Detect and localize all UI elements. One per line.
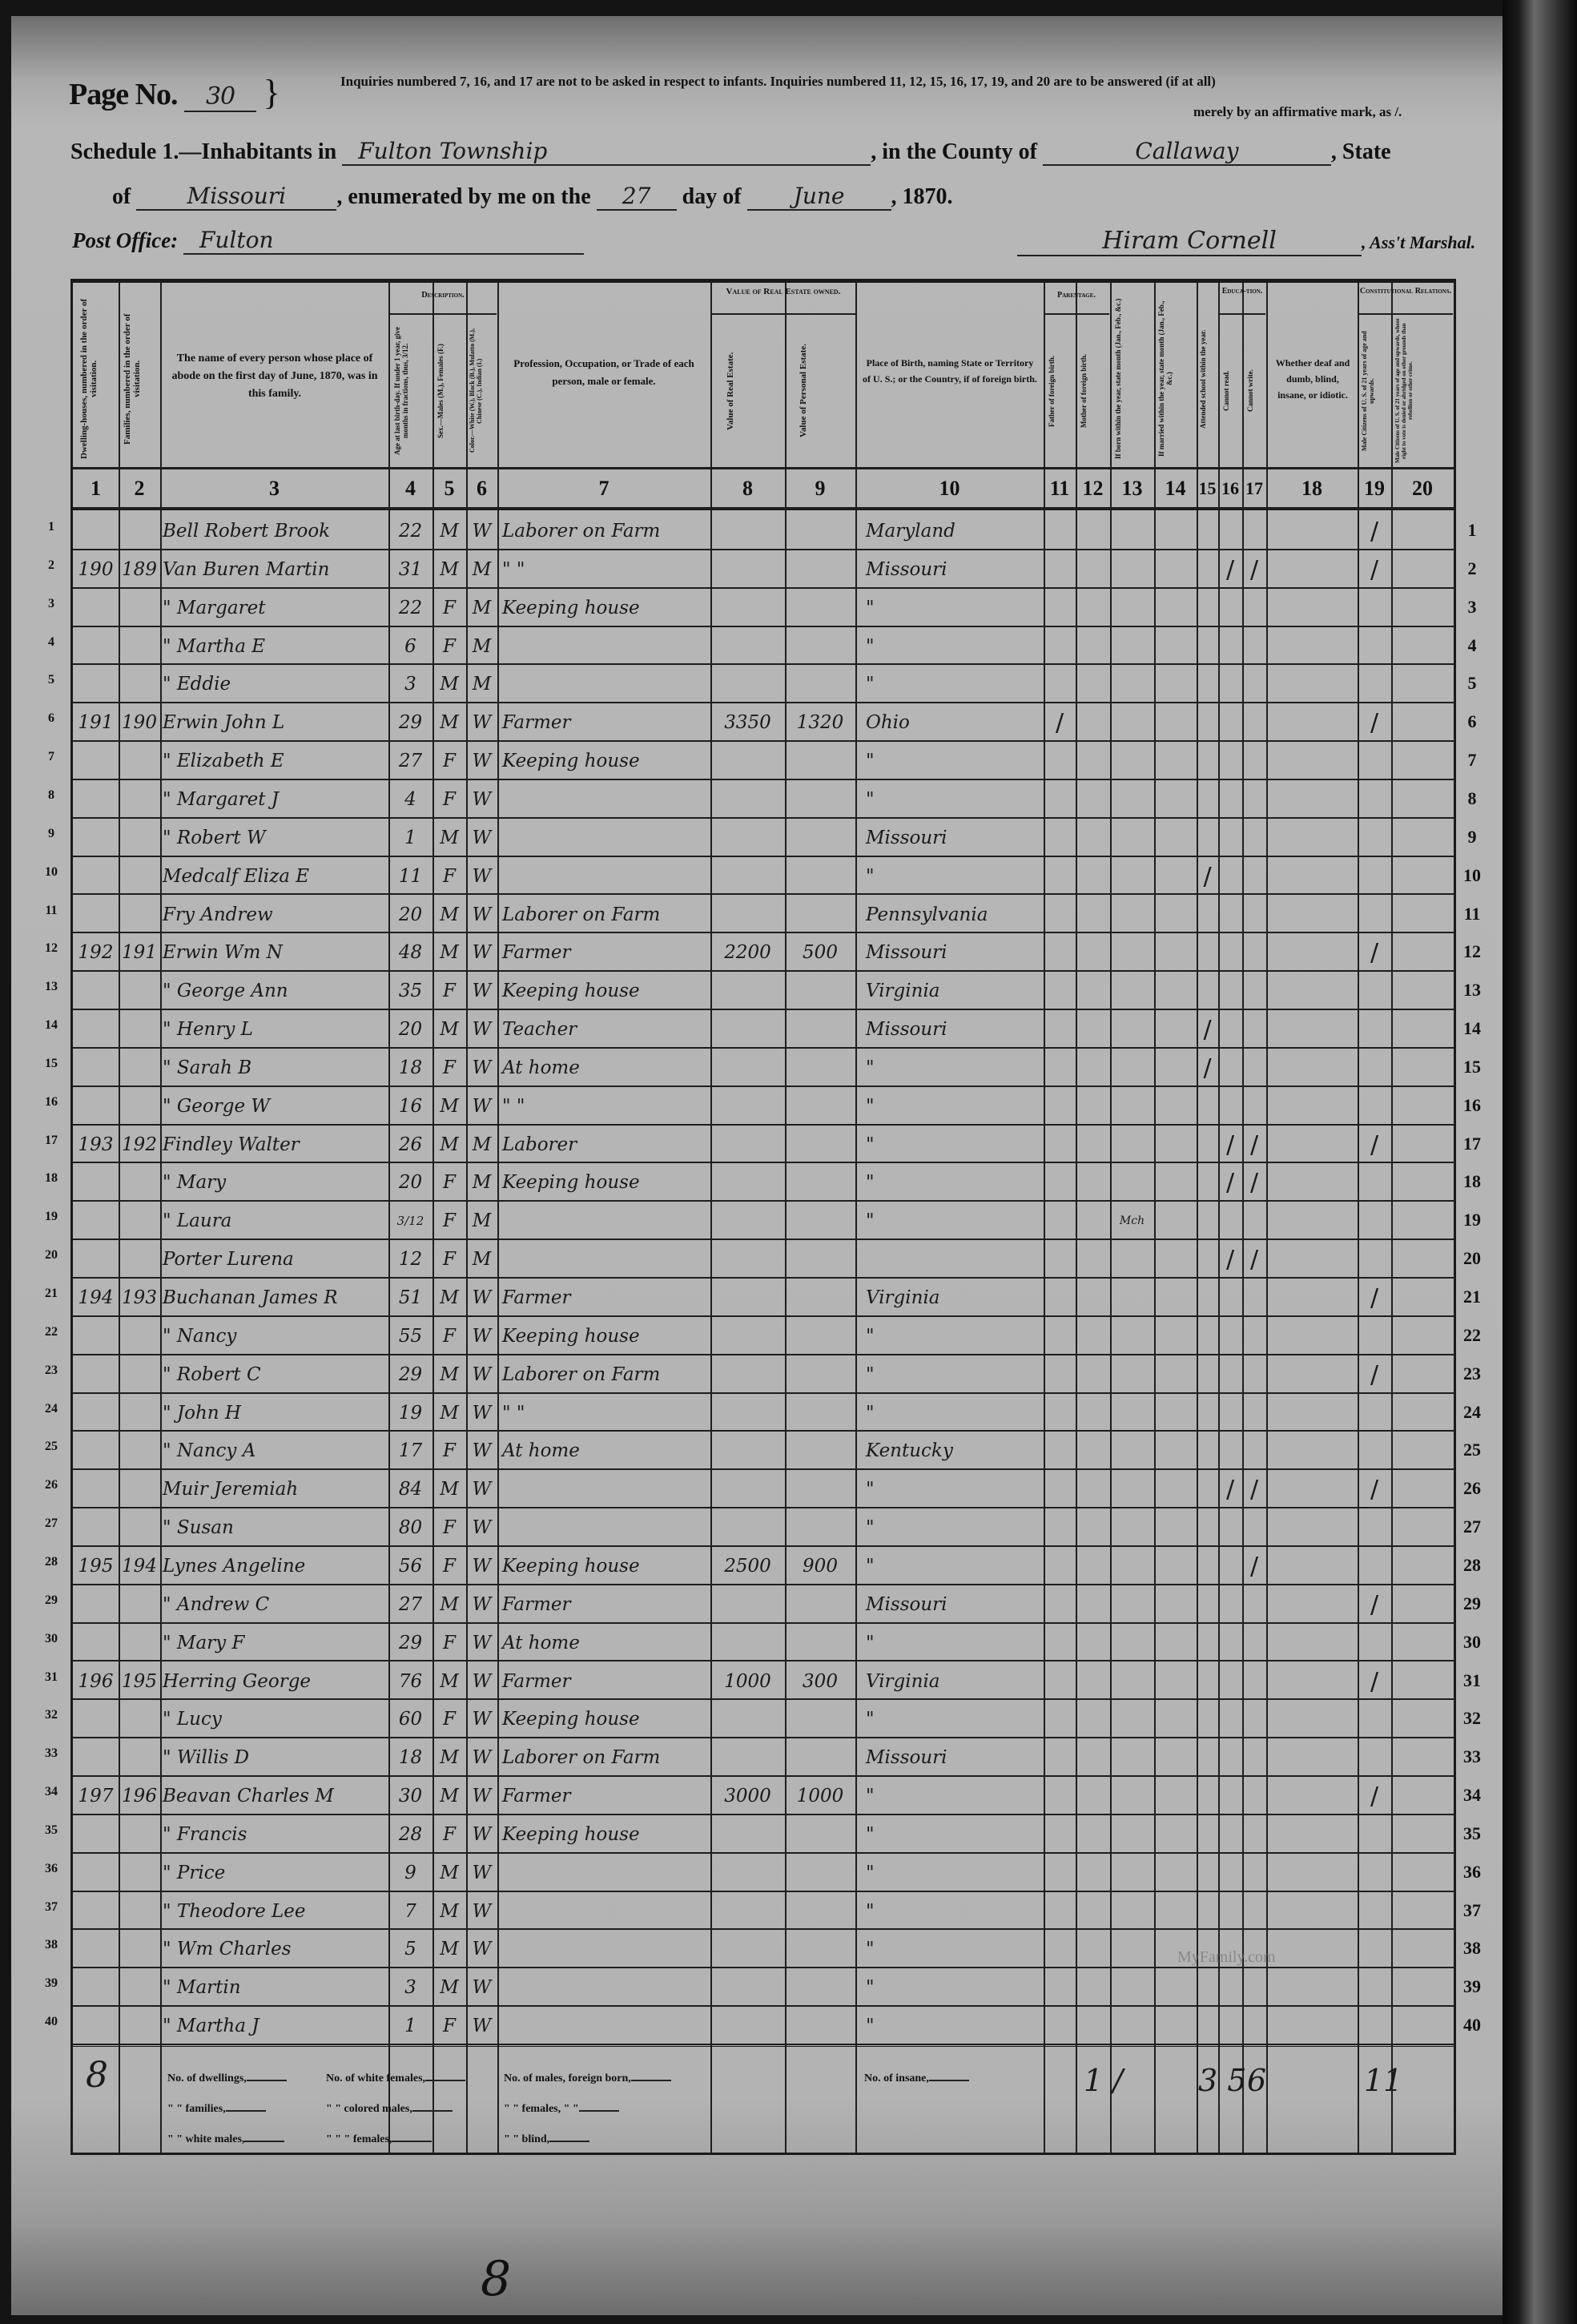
cell-c13 xyxy=(1110,1928,1154,1967)
cell-age: 12 xyxy=(388,1239,432,1277)
cell-personal xyxy=(785,1430,855,1468)
cell-c13 xyxy=(1110,1891,1154,1929)
cell-family xyxy=(119,970,160,1009)
line-number-left: 12 xyxy=(35,941,67,956)
cell-c13 xyxy=(1110,1085,1154,1124)
cell-c18 xyxy=(1266,740,1358,779)
cell-c16 xyxy=(1218,1430,1242,1468)
cell-c15 xyxy=(1197,1622,1218,1661)
cell-c12 xyxy=(1076,1507,1110,1545)
cell-c17 xyxy=(1242,970,1266,1009)
cell-c15 xyxy=(1197,970,1218,1009)
cell-c16 xyxy=(1218,1047,1242,1085)
table-row: " Lucy60FWKeeping house" xyxy=(73,1698,1454,1738)
cell-dwelling xyxy=(73,817,119,856)
col-number-19: 19 xyxy=(1358,470,1391,507)
census-table: Description. Value of Real Estate owned.… xyxy=(70,279,1456,2155)
cell-personal xyxy=(785,740,855,779)
cell-color: W xyxy=(466,894,497,932)
cell-occupation xyxy=(502,1967,710,2005)
cell-birthplace: " xyxy=(866,1545,1044,1584)
line-number-right: 40 xyxy=(1456,2015,1488,2036)
cell-sex: F xyxy=(432,1622,466,1661)
cell-c12 xyxy=(1076,702,1110,740)
line-number-left: 27 xyxy=(35,1516,67,1531)
cell-c11 xyxy=(1044,1891,1076,1929)
cell-birthplace: " xyxy=(866,740,1044,779)
cell-color: M xyxy=(466,549,497,587)
cell-c11 xyxy=(1044,1430,1076,1468)
cell-c14 xyxy=(1154,1430,1197,1468)
bottom-mark: 8 xyxy=(481,2251,511,2307)
cell-birthplace: Virginia xyxy=(866,1277,1044,1315)
cell-family: 193 xyxy=(119,1277,160,1315)
day-field: 27 xyxy=(597,183,677,211)
cell-dwelling xyxy=(73,1698,119,1737)
table-row: " Willis D18MWLaborer on FarmMissouri xyxy=(73,1737,1454,1777)
cell-c13 xyxy=(1110,779,1154,817)
cell-sex: F xyxy=(432,1545,466,1584)
cell-c20 xyxy=(1391,1775,1454,1814)
cell-real xyxy=(710,1891,785,1929)
cell-c20 xyxy=(1391,1047,1454,1085)
cell-c18 xyxy=(1266,1239,1358,1277)
cell-sex: M xyxy=(432,1124,466,1162)
cell-c15 xyxy=(1197,1814,1218,1852)
cell-occupation: Keeping house xyxy=(502,740,710,779)
cell-c15 xyxy=(1197,663,1218,702)
enumeration-line: of Missouri, enumerated by me on the 27 … xyxy=(112,183,953,211)
table-row: " Theodore Lee7MW" xyxy=(73,1891,1454,1931)
cell-c16 xyxy=(1218,740,1242,779)
cell-c12 xyxy=(1076,587,1110,626)
table-row: " Price9MW" xyxy=(73,1852,1454,1892)
line-number-left: 20 xyxy=(35,1248,67,1263)
cell-sex: F xyxy=(432,1162,466,1200)
cell-c19 xyxy=(1358,1009,1391,1047)
cell-c11 xyxy=(1044,1277,1076,1315)
cell-real xyxy=(710,1737,785,1775)
cell-family xyxy=(119,1315,160,1354)
cell-color: M xyxy=(466,1200,497,1239)
cell-real xyxy=(710,1315,785,1354)
cell-c17 xyxy=(1242,1584,1266,1622)
cell-c19 xyxy=(1358,856,1391,894)
cell-sex: F xyxy=(432,2005,466,2044)
cell-name: " Martha E xyxy=(163,626,388,664)
cell-c16 xyxy=(1218,970,1242,1009)
cell-personal xyxy=(785,1891,855,1929)
cell-c14 xyxy=(1154,1468,1197,1507)
cell-sex: F xyxy=(432,1507,466,1545)
col-number-7: 7 xyxy=(497,470,710,507)
cell-family xyxy=(119,1928,160,1967)
col-number-9: 9 xyxy=(785,470,855,507)
cell-dwelling xyxy=(73,1852,119,1891)
cell-c16: / xyxy=(1218,1162,1242,1200)
cell-c12 xyxy=(1076,510,1110,549)
cell-name: " John H xyxy=(163,1392,388,1431)
cell-c20 xyxy=(1391,1468,1454,1507)
cell-personal xyxy=(785,1200,855,1239)
cell-family: 195 xyxy=(119,1661,160,1699)
cell-c20 xyxy=(1391,1622,1454,1661)
cell-personal xyxy=(785,1584,855,1622)
cell-c20 xyxy=(1391,932,1454,970)
cell-c17 xyxy=(1242,1507,1266,1545)
cell-c17 xyxy=(1242,1200,1266,1239)
cell-c12 xyxy=(1076,1584,1110,1622)
cell-c17 xyxy=(1242,2005,1266,2044)
cell-name: Erwin John L xyxy=(163,702,388,740)
cell-c13 xyxy=(1110,1775,1154,1814)
cell-c15 xyxy=(1197,1392,1218,1431)
cell-sex: F xyxy=(432,1698,466,1737)
cell-sex: M xyxy=(432,1468,466,1507)
cell-c12 xyxy=(1076,1085,1110,1124)
cell-dwelling xyxy=(73,587,119,626)
cell-personal xyxy=(785,817,855,856)
table-row: Porter Lurena12FM// xyxy=(73,1239,1454,1279)
cell-c12 xyxy=(1076,1468,1110,1507)
cell-c16 xyxy=(1218,510,1242,549)
cell-c20 xyxy=(1391,1967,1454,2005)
cell-c14 xyxy=(1154,1775,1197,1814)
cell-dwelling xyxy=(73,1468,119,1507)
cell-personal: 300 xyxy=(785,1661,855,1699)
cell-real xyxy=(710,1928,785,1967)
cell-occupation: Teacher xyxy=(502,1009,710,1047)
cell-color: M xyxy=(466,587,497,626)
table-row: " Elizabeth E27FWKeeping house" xyxy=(73,740,1454,780)
cell-c14 xyxy=(1154,932,1197,970)
cell-dwelling xyxy=(73,1162,119,1200)
cell-c20 xyxy=(1391,663,1454,702)
table-row: " Margaret J4FW" xyxy=(73,779,1454,819)
table-row: 191190Erwin John L29MWFarmer33501320Ohio… xyxy=(73,702,1454,742)
cell-real xyxy=(710,1814,785,1852)
cell-c13 xyxy=(1110,1162,1154,1200)
cell-c12 xyxy=(1076,549,1110,587)
cell-age: 11 xyxy=(388,856,432,894)
line-number-left: 21 xyxy=(35,1287,67,1301)
cell-c15 xyxy=(1197,1239,1218,1277)
cell-real: 1000 xyxy=(710,1661,785,1699)
line-number-left: 37 xyxy=(35,1900,67,1915)
cell-c18 xyxy=(1266,817,1358,856)
cell-c18 xyxy=(1266,549,1358,587)
cell-c14 xyxy=(1154,1814,1197,1852)
cell-color: W xyxy=(466,1354,497,1392)
line-number-left: 10 xyxy=(35,865,67,880)
cell-c16 xyxy=(1218,2005,1242,2044)
cell-c14 xyxy=(1154,1507,1197,1545)
cell-family xyxy=(119,1814,160,1852)
cell-real xyxy=(710,2005,785,2044)
cell-c16 xyxy=(1218,779,1242,817)
cell-birthplace: " xyxy=(866,1047,1044,1085)
cell-name: " Susan xyxy=(163,1507,388,1545)
cell-c13 xyxy=(1110,932,1154,970)
cell-c20 xyxy=(1391,510,1454,549)
cell-name: " Theodore Lee xyxy=(163,1891,388,1929)
cell-occupation: Laborer xyxy=(502,1124,710,1162)
group-header-value-real-estate: Value of Real Estate owned. xyxy=(711,286,855,315)
cell-family xyxy=(119,1468,160,1507)
cell-name: " Robert C xyxy=(163,1354,388,1392)
cell-sex: F xyxy=(432,1200,466,1239)
cell-sex: M xyxy=(432,1775,466,1814)
cell-birthplace: Ohio xyxy=(866,702,1044,740)
cell-c19 xyxy=(1358,1698,1391,1737)
cell-dwelling: 192 xyxy=(73,932,119,970)
cell-family xyxy=(119,1622,160,1661)
cell-family xyxy=(119,1085,160,1124)
cell-sex: F xyxy=(432,587,466,626)
cell-c17 xyxy=(1242,1354,1266,1392)
cell-sex: M xyxy=(432,1661,466,1699)
col-header-12: Mother of foreign birth. xyxy=(1079,318,1106,464)
cell-c13 xyxy=(1110,1584,1154,1622)
cell-sex: M xyxy=(432,1085,466,1124)
dwellings-tally: 8 xyxy=(86,2055,108,2096)
cell-c15 xyxy=(1197,740,1218,779)
cell-name: " Wm Charles xyxy=(163,1928,388,1967)
cell-color: W xyxy=(466,1775,497,1814)
cell-real xyxy=(710,894,785,932)
cell-color: M xyxy=(466,663,497,702)
cell-occupation: Farmer xyxy=(502,932,710,970)
cell-occupation xyxy=(502,663,710,702)
cell-c11 xyxy=(1044,970,1076,1009)
cell-c15 xyxy=(1197,894,1218,932)
group-header-constitutional: Constitutional Relations. xyxy=(1358,286,1453,315)
cell-occupation: Keeping house xyxy=(502,970,710,1009)
cell-c13 xyxy=(1110,740,1154,779)
cell-c15 xyxy=(1197,1468,1218,1507)
cell-c17 xyxy=(1242,894,1266,932)
cell-c11 xyxy=(1044,1814,1076,1852)
cell-c12 xyxy=(1076,1928,1110,1967)
cell-c18 xyxy=(1266,894,1358,932)
cell-dwelling: 196 xyxy=(73,1661,119,1699)
table-row: 193192Findley Walter26MMLaborer"/// xyxy=(73,1124,1454,1164)
cell-c12 xyxy=(1076,1124,1110,1162)
cell-c13 xyxy=(1110,1814,1154,1852)
cell-c16 xyxy=(1218,663,1242,702)
cell-c17 xyxy=(1242,1277,1266,1315)
cell-dwelling: 193 xyxy=(73,1124,119,1162)
cell-c14 xyxy=(1154,1124,1197,1162)
cell-c15 xyxy=(1197,1891,1218,1929)
watermark: MyFamily.com xyxy=(1177,1948,1276,1967)
cell-c15: / xyxy=(1197,1009,1218,1047)
col-number-18: 18 xyxy=(1266,470,1358,507)
cell-color: W xyxy=(466,510,497,549)
cell-c17: / xyxy=(1242,549,1266,587)
cell-real xyxy=(710,1468,785,1507)
cell-sex: F xyxy=(432,740,466,779)
cell-color: W xyxy=(466,1392,497,1431)
cell-birthplace: Missouri xyxy=(866,1584,1044,1622)
cell-c11 xyxy=(1044,1775,1076,1814)
cell-c13 xyxy=(1110,1277,1154,1315)
line-number-left: 11 xyxy=(35,904,67,918)
cell-color: W xyxy=(466,932,497,970)
cell-name: Medcalf Eliza E xyxy=(163,856,388,894)
cell-family xyxy=(119,1584,160,1622)
cell-birthplace: " xyxy=(866,1775,1044,1814)
cell-name: Buchanan James R xyxy=(163,1277,388,1315)
cell-c18 xyxy=(1266,779,1358,817)
cell-age: 51 xyxy=(388,1277,432,1315)
cell-c18 xyxy=(1266,1430,1358,1468)
cell-sex: M xyxy=(432,663,466,702)
cell-color: W xyxy=(466,1814,497,1852)
line-number-right: 8 xyxy=(1456,788,1488,809)
table-row: " Martha J1FW" xyxy=(73,2005,1454,2045)
line-number-left: 40 xyxy=(35,2015,67,2029)
cell-c18 xyxy=(1266,1814,1358,1852)
line-number-right: 34 xyxy=(1456,1785,1488,1806)
cell-real xyxy=(710,1584,785,1622)
cell-c14 xyxy=(1154,1852,1197,1891)
cell-c15 xyxy=(1197,1315,1218,1354)
cell-color: W xyxy=(466,1009,497,1047)
year-label: , 1870. xyxy=(891,184,953,209)
cell-family xyxy=(119,1967,160,2005)
table-row: " Robert W1MWMissouri xyxy=(73,817,1454,857)
cell-c19 xyxy=(1358,817,1391,856)
cell-dwelling xyxy=(73,510,119,549)
cell-personal xyxy=(785,1085,855,1124)
cell-age: 80 xyxy=(388,1507,432,1545)
page-label: Page No. xyxy=(69,78,178,111)
cell-c17 xyxy=(1242,1315,1266,1354)
cell-c19: / xyxy=(1358,932,1391,970)
cell-occupation: Keeping house xyxy=(502,1545,710,1584)
cell-c12 xyxy=(1076,1698,1110,1737)
cell-c11 xyxy=(1044,932,1076,970)
table-row: " Laura3/12FM"Mch xyxy=(73,1200,1454,1240)
table-row: " Andrew C27MWFarmerMissouri/ xyxy=(73,1584,1454,1624)
cell-c19: / xyxy=(1358,1584,1391,1622)
cell-c12 xyxy=(1076,1967,1110,2005)
cell-c16 xyxy=(1218,1354,1242,1392)
cell-family xyxy=(119,1200,160,1239)
cell-occupation: Laborer on Farm xyxy=(502,1354,710,1392)
cell-c18 xyxy=(1266,1967,1358,2005)
cell-sex: M xyxy=(432,1009,466,1047)
cell-c15: / xyxy=(1197,856,1218,894)
cell-c13 xyxy=(1110,1124,1154,1162)
cell-name: " Mary F xyxy=(163,1622,388,1661)
cell-c18 xyxy=(1266,856,1358,894)
line-number-left: 29 xyxy=(35,1593,67,1608)
cell-name: " Margaret J xyxy=(163,779,388,817)
line-number-left: 30 xyxy=(35,1632,67,1646)
cell-sex: M xyxy=(432,1967,466,2005)
cell-c20 xyxy=(1391,1507,1454,1545)
line-number-left: 35 xyxy=(35,1823,67,1838)
cell-name: " George Ann xyxy=(163,970,388,1009)
cell-c19: / xyxy=(1358,510,1391,549)
line-number-left: 13 xyxy=(35,980,67,994)
cell-birthplace: " xyxy=(866,1698,1044,1737)
cell-color: W xyxy=(466,970,497,1009)
cell-c14 xyxy=(1154,663,1197,702)
page-number-line: Page No. 30 } xyxy=(69,72,280,113)
post-office-label: Post Office: xyxy=(72,228,178,252)
cell-occupation xyxy=(502,817,710,856)
cell-c19: / xyxy=(1358,1124,1391,1162)
cell-family xyxy=(119,626,160,664)
col-number-14: 14 xyxy=(1154,470,1197,507)
cell-name: " Francis xyxy=(163,1814,388,1852)
cell-occupation: Laborer on Farm xyxy=(502,1737,710,1775)
cell-occupation xyxy=(502,2005,710,2044)
cell-c16 xyxy=(1218,1507,1242,1545)
cell-c20 xyxy=(1391,1277,1454,1315)
cell-birthplace: Missouri xyxy=(866,549,1044,587)
cell-dwelling: 190 xyxy=(73,549,119,587)
line-number-right: 37 xyxy=(1456,1900,1488,1921)
cell-age: 31 xyxy=(388,549,432,587)
line-number-right: 12 xyxy=(1456,941,1488,962)
cell-occupation: Farmer xyxy=(502,1661,710,1699)
cell-sex: M xyxy=(432,932,466,970)
cell-c12 xyxy=(1076,1239,1110,1277)
cell-c20 xyxy=(1391,856,1454,894)
cell-c19 xyxy=(1358,1507,1391,1545)
cell-real xyxy=(710,549,785,587)
state-field: Missouri xyxy=(136,183,336,211)
col-number-15: 15 xyxy=(1197,470,1218,507)
cell-birthplace: " xyxy=(866,1392,1044,1431)
cell-color: W xyxy=(466,1085,497,1124)
cell-c17: / xyxy=(1242,1124,1266,1162)
line-number-left: 1 xyxy=(35,520,67,534)
cell-name: " Sarah B xyxy=(163,1047,388,1085)
cell-color: W xyxy=(466,1430,497,1468)
col-number-3: 3 xyxy=(160,470,388,507)
cell-c11 xyxy=(1044,1468,1076,1507)
cell-real xyxy=(710,740,785,779)
cell-name: " Martha J xyxy=(163,2005,388,2044)
cell-c15 xyxy=(1197,2005,1218,2044)
cell-sex: F xyxy=(432,779,466,817)
cell-c13 xyxy=(1110,1661,1154,1699)
cell-c19 xyxy=(1358,894,1391,932)
cell-c14 xyxy=(1154,1891,1197,1929)
cell-c18 xyxy=(1266,1891,1358,1929)
cell-dwelling xyxy=(73,779,119,817)
cell-c19 xyxy=(1358,740,1391,779)
cell-name: " George W xyxy=(163,1085,388,1124)
cell-real xyxy=(710,1162,785,1200)
cell-c13 xyxy=(1110,1698,1154,1737)
cell-c20 xyxy=(1391,779,1454,817)
line-number-left: 17 xyxy=(35,1134,67,1148)
cell-occupation: Keeping house xyxy=(502,1162,710,1200)
group-header-parentage: Parentage. xyxy=(1044,291,1109,315)
cell-c16 xyxy=(1218,1315,1242,1354)
cell-c20 xyxy=(1391,1315,1454,1354)
cell-c20 xyxy=(1391,1085,1454,1124)
cell-c16: / xyxy=(1218,1124,1242,1162)
cell-family: 191 xyxy=(119,932,160,970)
cell-real xyxy=(710,1124,785,1162)
